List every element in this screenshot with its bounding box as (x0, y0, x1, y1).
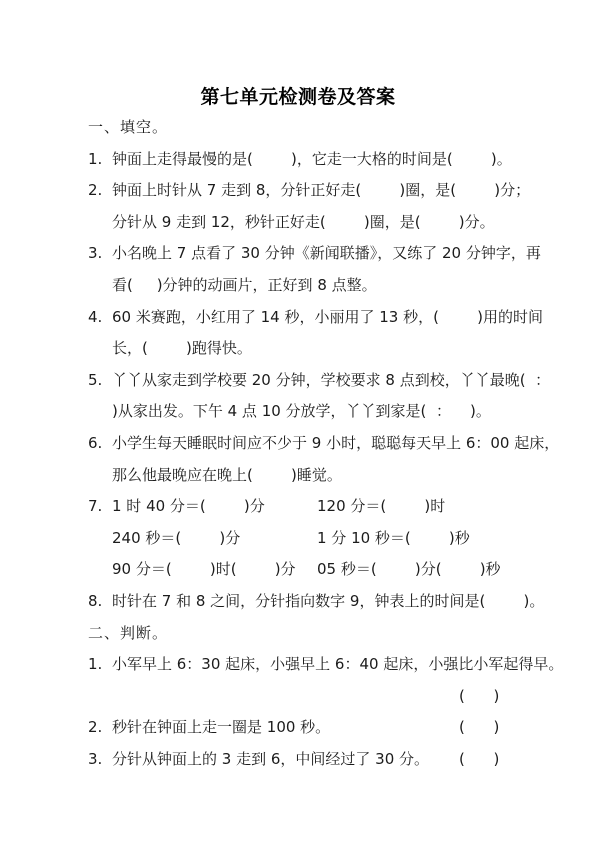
question-text: 小军早上 6：30 起床，小强早上 6：40 起床，小强比小军起得早。 (112, 655, 563, 673)
question-text: 小学生每天睡眠时间应不少于 9 小时，聪聪每天早上 6：00 起床， (112, 434, 559, 452)
question-line: 1.小军早上 6：30 起床，小强早上 6：40 起床，小强比小军起得早。 (88, 649, 568, 681)
question-text: 分针从 9 走到 12，秒针正好走( )圈，是( )分。 (112, 213, 495, 231)
question-text-right-column: 05 秒＝( )分( )秒 (317, 554, 501, 586)
question-line: 那么他最晚应在晚上( )睡觉。 (88, 460, 568, 492)
question-text: )从家出发。下午 4 点 10 分放学，丫丫到家是( ： )。 (112, 402, 491, 420)
question-line: 分针从 9 走到 12，秒针正好走( )圈，是( )分。 (88, 207, 568, 239)
question-line: 5.丫丫从家走到学校要 20 分钟，学校要求 8 点到校，丫丫最晚( ： (88, 365, 568, 397)
section-heading-row: 一、填空。 (88, 112, 568, 144)
question-text: 时针在 7 和 8 之间，分针指向数字 9，钟表上的时间是( )。 (112, 592, 544, 610)
question-line: 4.60 米赛跑，小红用了 14 秒，小丽用了 13 秒，( )用的时间 (88, 302, 568, 334)
question-text: 钟面上走得最慢的是( )，它走一大格的时间是( )。 (112, 150, 512, 168)
question-line: 240 秒＝( )分1 分 10 秒＝( )秒 (88, 523, 568, 555)
question-text: 60 米赛跑，小红用了 14 秒，小丽用了 13 秒，( )用的时间 (112, 308, 543, 326)
question-line: 长，( )跑得快。 (88, 333, 568, 365)
question-text: 那么他最晚应在晚上( )睡觉。 (112, 466, 342, 484)
question-number: 4. (88, 302, 112, 334)
question-line: 2.钟面上时针从 7 走到 8，分针正好走( )圈，是( )分； (88, 175, 568, 207)
question-number: 3. (88, 744, 112, 776)
question-line: 8.时针在 7 和 8 之间，分针指向数字 9，钟表上的时间是( )。 (88, 586, 568, 618)
question-text: 240 秒＝( )分 (112, 529, 240, 547)
page-title: 第七单元检测卷及答案 (0, 82, 596, 109)
question-text: 小名晚上 7 点看了 30 分钟《新闻联播》，又练了 20 分钟字，再 (112, 244, 541, 262)
question-line: 3.小名晚上 7 点看了 30 分钟《新闻联播》，又练了 20 分钟字，再 (88, 238, 568, 270)
test-paper-page: 第七单元检测卷及答案 一、填空。1.钟面上走得最慢的是( )，它走一大格的时间是… (0, 0, 596, 842)
question-number: 2. (88, 712, 112, 744)
answer-blank: ( ) (459, 681, 499, 713)
question-number: 1. (88, 649, 112, 681)
question-number: 7. (88, 491, 112, 523)
question-line: )从家出发。下午 4 点 10 分放学，丫丫到家是( ： )。 (88, 396, 568, 428)
question-line: 90 分＝( )时( )分05 秒＝( )分( )秒 (88, 554, 568, 586)
question-text-right-column: 1 分 10 秒＝( )秒 (317, 523, 470, 555)
question-text: 长，( )跑得快。 (112, 339, 252, 357)
question-line: 3.分针从钟面上的 3 走到 6，中间经过了 30 分。( ) (88, 744, 568, 776)
section-heading: 一、填空。 (88, 118, 168, 136)
question-line: 7.1 时 40 分＝( )分120 分＝( )时 (88, 491, 568, 523)
question-number: 8. (88, 586, 112, 618)
question-number: 6. (88, 428, 112, 460)
answer-blank: ( ) (459, 744, 499, 776)
question-number: 2. (88, 175, 112, 207)
question-text: 秒针在钟面上走一圈是 100 秒。 (112, 718, 330, 736)
question-line: 2.秒针在钟面上走一圈是 100 秒。( ) (88, 712, 568, 744)
question-text-right-column: 120 分＝( )时 (317, 491, 445, 523)
question-text: 看( )分钟的动画片，正好到 8 点整。 (112, 276, 377, 294)
question-text: 分针从钟面上的 3 走到 6，中间经过了 30 分。 (112, 750, 429, 768)
question-text: 钟面上时针从 7 走到 8，分针正好走( )圈，是( )分； (112, 181, 530, 199)
question-line: 6.小学生每天睡眠时间应不少于 9 小时，聪聪每天早上 6：00 起床， (88, 428, 568, 460)
question-line: 看( )分钟的动画片，正好到 8 点整。 (88, 270, 568, 302)
question-text: 90 分＝( )时( )分 (112, 560, 296, 578)
question-text: 丫丫从家走到学校要 20 分钟，学校要求 8 点到校，丫丫最晚( ： (112, 371, 550, 389)
question-number: 3. (88, 238, 112, 270)
answer-blank: ( ) (459, 712, 499, 744)
question-number: 5. (88, 365, 112, 397)
question-line: 1.钟面上走得最慢的是( )，它走一大格的时间是( )。 (88, 144, 568, 176)
section-heading-row: 二、判断。 (88, 618, 568, 650)
question-line: ( ) (88, 681, 568, 713)
section-heading: 二、判断。 (88, 624, 168, 642)
question-list: 一、填空。1.钟面上走得最慢的是( )，它走一大格的时间是( )。2.钟面上时针… (88, 112, 568, 775)
question-text: 1 时 40 分＝( )分 (112, 497, 265, 515)
question-number: 1. (88, 144, 112, 176)
